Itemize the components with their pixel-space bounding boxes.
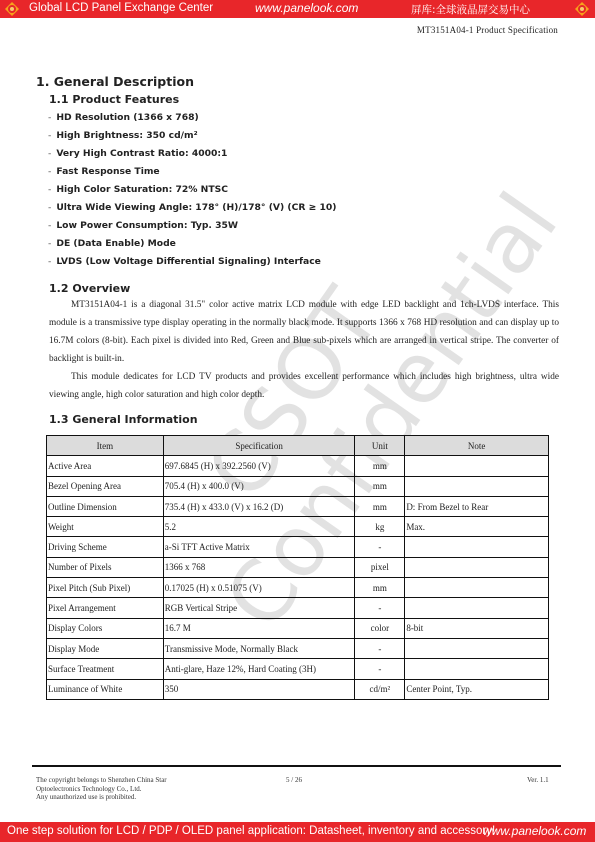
note-cell [405,557,549,577]
spec-cell: 705.4 (H) x 400.0 (V) [163,476,355,496]
copyright-notice: The copyright belongs to Shenzhen China … [36,776,167,802]
table-row: Display ModeTransmissive Mode, Normally … [47,638,549,658]
item-cell: Surface Treatment [47,659,164,679]
note-cell: 8-bit [405,618,549,638]
item-cell: Pixel Pitch (Sub Pixel) [47,578,164,598]
feature-text: HD Resolution (1366 x 768) [56,112,198,123]
section-heading: 1. General Description [36,74,194,89]
bottom-banner-url-link[interactable]: www.panelook.com [483,824,586,838]
feature-item: -Very High Contrast Ratio: 4000:1 [48,148,227,159]
unit-cell: - [355,638,405,658]
unit-cell: pixel [355,557,405,577]
copyright-line: Any unauthorized use is prohibited. [36,793,167,802]
item-cell: Display Mode [47,638,164,658]
item-cell: Luminance of White [47,679,164,699]
general-info-heading: 1.3 General Information [49,413,198,426]
bottom-banner-text: One step solution for LCD / PDP / OLED p… [7,825,495,837]
item-cell: Outline Dimension [47,496,164,516]
feature-item: -HD Resolution (1366 x 768) [48,112,199,123]
note-cell [405,578,549,598]
feature-text: High Brightness: 350 cd/m² [56,130,197,141]
unit-cell: color [355,618,405,638]
document-title: MT3151A04-1 Product Specification [417,25,558,35]
table-row: Luminance of White350cd/m²Center Point, … [47,679,549,699]
note-cell: D: From Bezel to Rear [405,496,549,516]
note-cell [405,659,549,679]
item-cell: Display Colors [47,618,164,638]
table-row: Surface TreatmentAnti-glare, Haze 12%, H… [47,659,549,679]
spec-cell: RGB Vertical Stripe [163,598,355,618]
banner-chinese-title: 屏库:全球液晶屏交易中心 [411,2,530,17]
feature-item: -Low Power Consumption: Typ. 35W [48,220,238,231]
note-cell [405,537,549,557]
unit-cell: - [355,537,405,557]
spec-cell: 1366 x 768 [163,557,355,577]
feature-item: -DE (Data Enable) Mode [48,238,176,249]
top-banner: Global LCD Panel Exchange Center www.pan… [0,0,595,18]
banner-url-link[interactable]: www.panelook.com [255,1,358,15]
spec-cell: 735.4 (H) x 433.0 (V) x 16.2 (D) [163,496,355,516]
feature-item: -High Brightness: 350 cd/m² [48,130,198,141]
unit-cell: mm [355,496,405,516]
banner-title: Global LCD Panel Exchange Center [29,2,213,14]
bottom-banner: One step solution for LCD / PDP / OLED p… [0,822,595,842]
feature-text: High Color Saturation: 72% NTSC [56,184,228,195]
feature-item: -LVDS (Low Voltage Differential Signalin… [48,256,321,267]
table-row: Driving Schemea-Si TFT Active Matrix- [47,537,549,557]
table-row: Pixel Pitch (Sub Pixel)0.17025 (H) x 0.5… [47,578,549,598]
item-cell: Number of Pixels [47,557,164,577]
feature-item: -High Color Saturation: 72% NTSC [48,184,228,195]
bullet-dash: - [48,184,51,195]
copyright-line: Optoelectronics Technology Co., Ltd. [36,785,167,794]
overview-paragraph: MT3151A04-1 is a diagonal 31.5" color ac… [49,296,559,368]
note-cell [405,598,549,618]
overview-text: MT3151A04-1 is a diagonal 31.5" color ac… [49,296,559,404]
overview-heading: 1.2 Overview [49,282,130,295]
note-cell [405,638,549,658]
item-cell: Bezel Opening Area [47,476,164,496]
feature-text: Low Power Consumption: Typ. 35W [56,220,238,231]
bullet-dash: - [48,238,51,249]
bullet-dash: - [48,112,51,123]
table-header-row: ItemSpecificationUnitNote [47,436,549,456]
general-info-table: ItemSpecificationUnitNote Active Area697… [46,435,549,700]
item-cell: Weight [47,517,164,537]
unit-cell: kg [355,517,405,537]
bullet-dash: - [48,148,51,159]
item-cell: Active Area [47,456,164,476]
spec-cell: 5.2 [163,517,355,537]
note-cell [405,476,549,496]
bullet-dash: - [48,130,51,141]
spec-cell: 0.17025 (H) x 0.51075 (V) [163,578,355,598]
unit-cell: mm [355,476,405,496]
column-header: Note [405,436,549,456]
copyright-line: The copyright belongs to Shenzhen China … [36,776,167,785]
unit-cell: mm [355,578,405,598]
overview-paragraph: This module dedicates for LCD TV product… [49,368,559,404]
column-header: Unit [355,436,405,456]
table-row: Active Area697.6845 (H) x 392.2560 (V)mm [47,456,549,476]
spec-cell: 350 [163,679,355,699]
spec-cell: 16.7 M [163,618,355,638]
feature-text: LVDS (Low Voltage Differential Signaling… [56,256,321,267]
feature-text: Fast Response Time [56,166,159,177]
unit-cell: - [355,659,405,679]
page-number: 5 / 26 [286,776,302,785]
panelook-logo-icon [575,2,589,16]
feature-text: DE (Data Enable) Mode [56,238,176,249]
footer-divider [32,765,561,767]
note-cell: Center Point, Typ. [405,679,549,699]
spec-cell: Transmissive Mode, Normally Black [163,638,355,658]
feature-text: Ultra Wide Viewing Angle: 178° (H)/178° … [56,202,336,213]
spec-cell: Anti-glare, Haze 12%, Hard Coating (3H) [163,659,355,679]
table-row: Weight5.2kgMax. [47,517,549,537]
note-cell [405,456,549,476]
column-header: Specification [163,436,355,456]
spec-cell: 697.6845 (H) x 392.2560 (V) [163,456,355,476]
item-cell: Pixel Arrangement [47,598,164,618]
bullet-dash: - [48,220,51,231]
note-cell: Max. [405,517,549,537]
version-label: Ver. 1.1 [527,776,549,785]
bullet-dash: - [48,166,51,177]
unit-cell: mm [355,456,405,476]
item-cell: Driving Scheme [47,537,164,557]
panelook-logo-icon [5,2,19,16]
feature-text: Very High Contrast Ratio: 4000:1 [56,148,227,159]
features-heading: 1.1 Product Features [49,93,179,106]
table-row: Number of Pixels1366 x 768pixel [47,557,549,577]
table-row: Pixel ArrangementRGB Vertical Stripe- [47,598,549,618]
feature-item: -Fast Response Time [48,166,160,177]
bullet-dash: - [48,202,51,213]
column-header: Item [47,436,164,456]
spec-cell: a-Si TFT Active Matrix [163,537,355,557]
table-row: Bezel Opening Area705.4 (H) x 400.0 (V)m… [47,476,549,496]
table-row: Outline Dimension735.4 (H) x 433.0 (V) x… [47,496,549,516]
bullet-dash: - [48,256,51,267]
unit-cell: - [355,598,405,618]
unit-cell: cd/m² [355,679,405,699]
table-row: Display Colors16.7 Mcolor8-bit [47,618,549,638]
feature-item: -Ultra Wide Viewing Angle: 178° (H)/178°… [48,202,337,213]
